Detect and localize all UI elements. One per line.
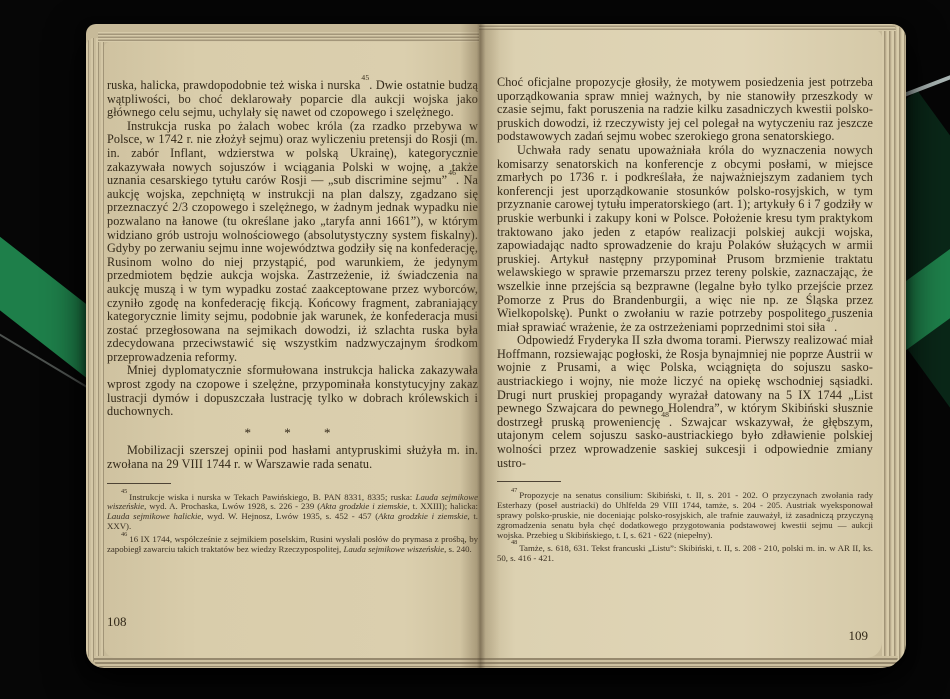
footnote: 47Propozycje na senatus consilium: Skibi… [497,488,873,540]
footnote-rule [107,483,171,484]
footnote-ref: 46 [448,168,456,177]
page-edges-top-left [98,32,479,42]
paragraph: Mniej dyplomatycznie sformułowana instru… [107,364,478,418]
page-edges-left [86,38,104,664]
footnote: 48Tamże, s. 618, 631. Tekst francuski „L… [497,541,873,564]
section-separator: * * * [107,426,478,440]
paragraph: Mobilizacji szerszej opinii pod hasłami … [107,444,478,471]
page-edges-right [882,26,906,666]
footnote: 4616 IX 1744, współcześnie z sejmikiem p… [107,532,478,555]
italic-citation: Akta grodzkie i ziemskie [378,511,467,521]
footnote-ref: 47 [826,315,834,324]
right-page-text: Choć oficjalne propozycje głosiły, że mo… [497,76,873,563]
paragraph: Odpowiedź Fryderyka II szła dwoma torami… [497,334,873,470]
paragraph: Instrukcja ruska po żalach wobec króla (… [107,120,478,365]
italic-citation: Lauda sejmikowe wiszeńskie [343,544,444,554]
footnote: 45Instrukcje wiska i nurska w Tekach Paw… [107,490,478,533]
left-page-footnotes: 45Instrukcje wiska i nurska w Tekach Paw… [107,490,478,555]
page-number: 108 [107,614,127,630]
left-page-paragraphs: ruska, halicka, prawdopodobnie też wiska… [107,79,478,472]
right-page-paragraphs: Choć oficjalne propozycje głosiły, że mo… [497,76,873,470]
page-number: 109 [849,628,869,644]
open-book: ruska, halicka, prawdopodobnie też wiska… [86,24,906,668]
right-page: Choć oficjalne propozycje głosiły, że mo… [479,30,882,658]
paragraph: Uchwała rady senatu upoważniała króla do… [497,144,873,334]
italic-citation: Lauda sejmikowe wiszeńskie [107,492,478,512]
left-page: ruska, halicka, prawdopodobnie też wiska… [104,42,479,658]
paragraph: ruska, halicka, prawdopodobnie też wiska… [107,79,478,120]
footnote-rule [497,481,561,482]
footnote-marker: 46 [121,531,127,538]
italic-citation: Akta grodzkie i ziemskie [320,501,407,511]
footnote-ref: 48 [661,410,669,419]
footnote-ref: 45 [361,73,369,82]
paragraph: Choć oficjalne propozycje głosiły, że mo… [497,76,873,144]
right-page-footnotes: 47Propozycje na senatus consilium: Skibi… [497,488,873,563]
footnote-marker: 48 [511,539,517,546]
left-page-text: ruska, halicka, prawdopodobnie też wiska… [107,79,478,555]
footnote-marker: 47 [511,487,517,494]
footnote-marker: 45 [121,488,127,495]
italic-citation: Lauda sejmikowe halickie [107,511,201,521]
photo-stage: ruska, halicka, prawdopodobnie też wiska… [0,0,950,699]
